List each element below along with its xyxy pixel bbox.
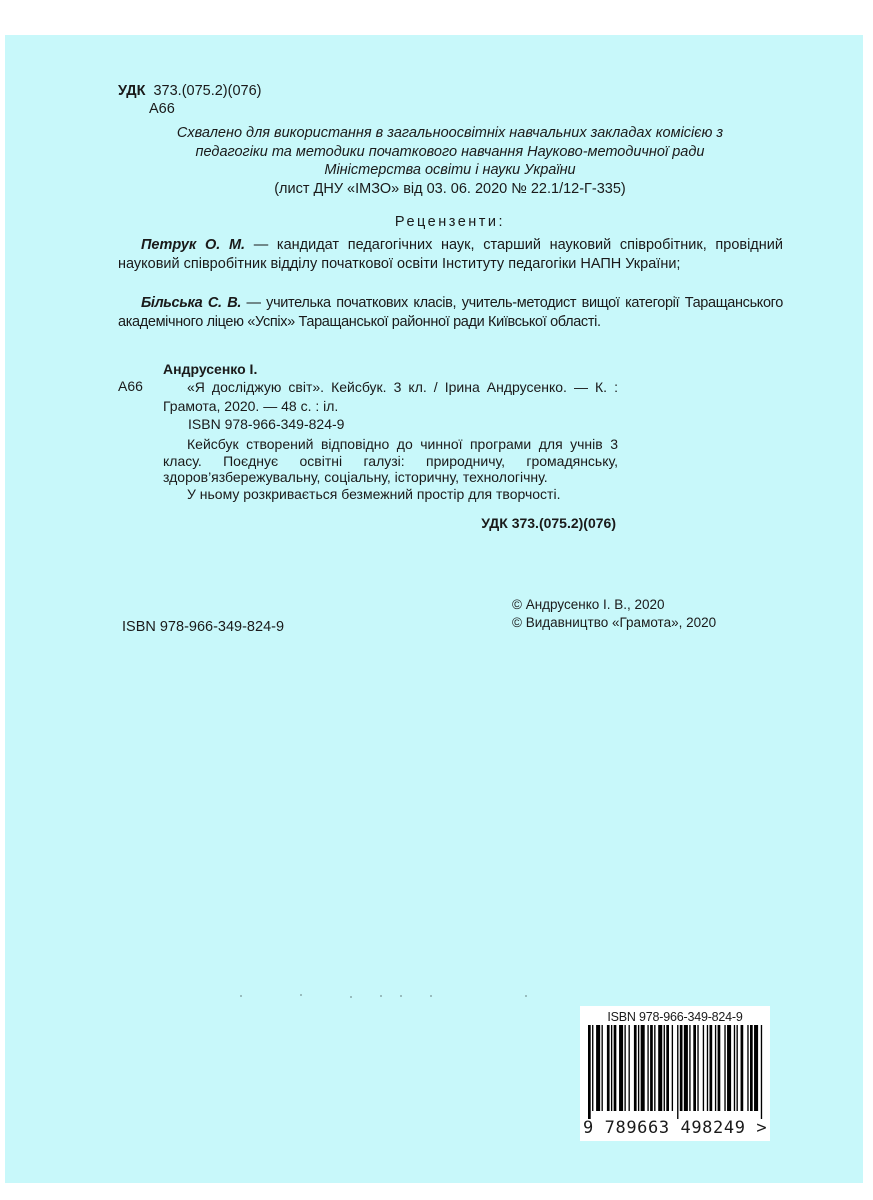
copyright-line: © Андрусенко І. В., 2020 [512,596,716,614]
udk-code: 373.(075.2)(076) [153,83,261,99]
catalog-bibliographic: «Я досліджую світ». Кейсбук. 3 кл. / Іри… [163,378,618,415]
reviewer-name: Петрук О. М. [141,237,245,253]
reviewer-entry: Більська С. В. — учителька початкових кл… [118,294,783,331]
annotation-paragraph: У ньому розкривається безмежний простір … [163,486,618,503]
approval-letter: (лист ДНУ «ІМЗО» від 03. 06. 2020 № 22.1… [110,180,790,199]
approval-notice: Схвалено для використання в загальноосві… [110,124,790,198]
barcode: ISBN 978-966-349-824-9 9 789663 498249 > [580,1006,770,1141]
barcode-icon [586,1025,764,1119]
barcode-isbn-label: ISBN 978-966-349-824-9 [580,1010,770,1024]
barcode-digits: 9 789663 498249 > [583,1118,767,1138]
print-specks [230,993,580,999]
catalog-mark: А66 [118,378,143,394]
isbn-main: ISBN 978-966-349-824-9 [122,619,284,635]
copyright-line: © Видавництво «Грамота», 2020 [512,614,716,632]
catalog-isbn: ISBN 978-966-349-824-9 [188,416,344,432]
reviewer-name: Більська С. В. [141,295,241,311]
approval-line: Міністерства освіти і науки України [110,161,790,180]
udk-header: УДК373.(075.2)(076) [118,82,261,100]
reviewer-entry: Петрук О. М. — кандидат педагогічних нау… [118,236,783,273]
author-mark: А66 [149,100,175,118]
udk-label: УДК [118,83,145,99]
approval-line: Схвалено для використання в загальноосві… [110,124,790,143]
copyright-block: © Андрусенко І. В., 2020 © Видавництво «… [512,596,716,632]
reviewers-title: Рецензенти: [110,214,790,230]
approval-line: педагогіки та методики початкового навча… [110,143,790,162]
catalog-udk: УДК 373.(075.2)(076) [440,515,616,531]
bibliographic-text: «Я досліджую світ». Кейсбук. 3 кл. / Іри… [163,378,618,415]
catalog-author: Андрусенко І. [163,361,257,377]
annotation-paragraph: Кейсбук створений відповідно до чинної п… [163,436,618,486]
catalog-annotation: Кейсбук створений відповідно до чинної п… [163,436,618,502]
